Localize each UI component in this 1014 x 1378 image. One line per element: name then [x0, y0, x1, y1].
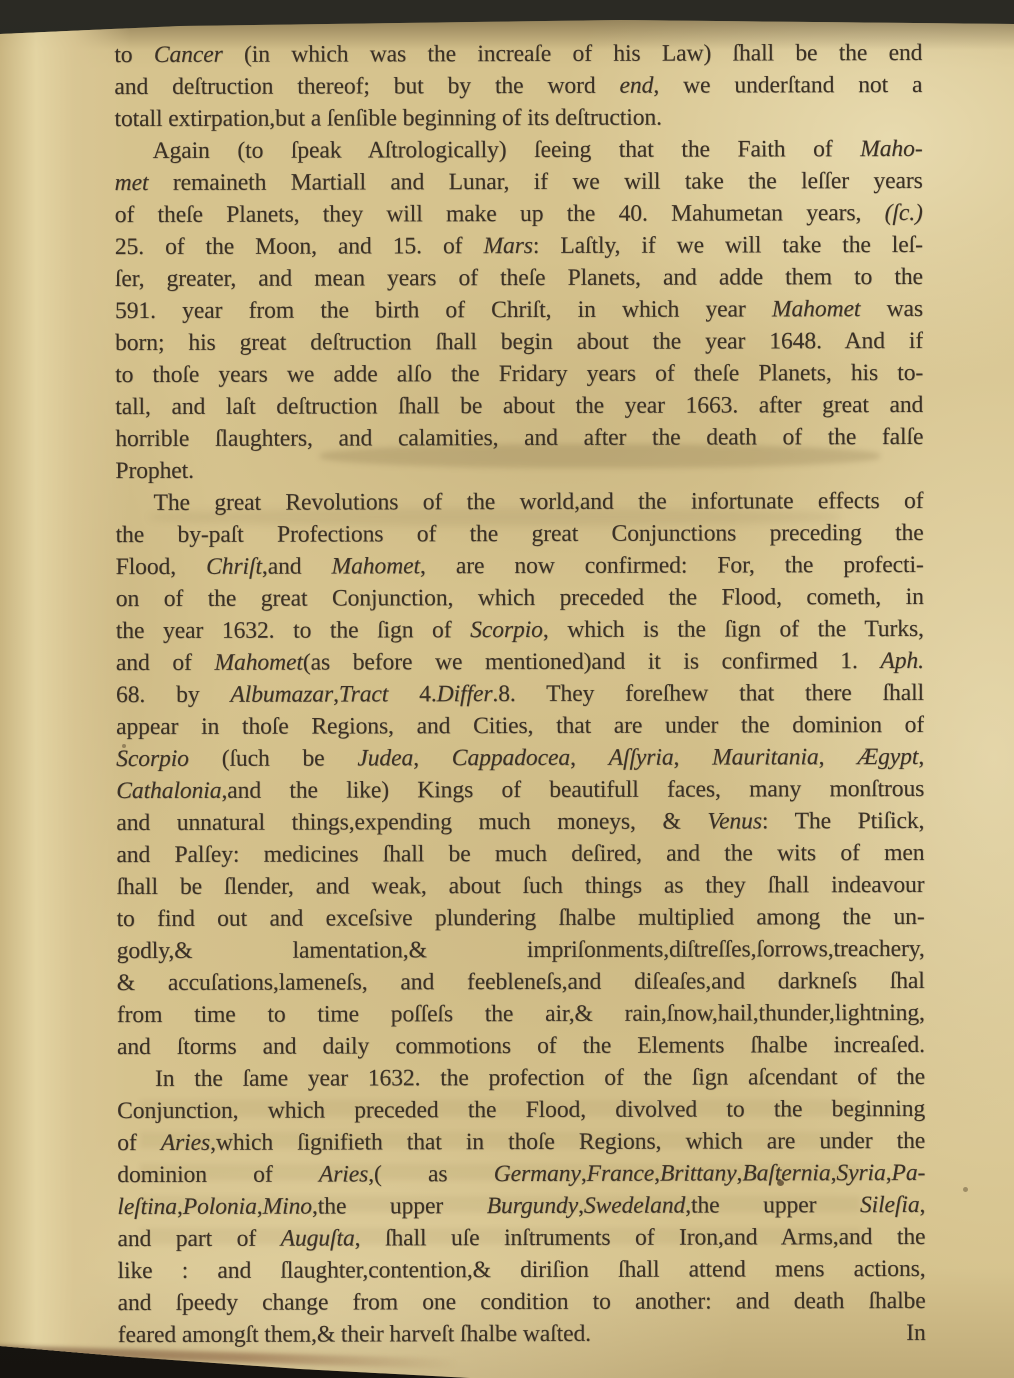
text-line: leſtina,Polonia,Mino,the upper Burgundy,…: [117, 1189, 925, 1223]
text-line: and unnatural things,expending much mone…: [116, 805, 924, 839]
italic-text-run: Aries: [319, 1161, 368, 1187]
italic-text-run: Venus: [707, 808, 762, 834]
text-line: and of Mahomet(as before we mentioned)an…: [116, 645, 924, 679]
text-run: : Laſtly, if we will take the leſ-: [533, 232, 923, 259]
text-run: , we underſtand not a: [653, 72, 922, 99]
text-run: and ſpeedy change from one condition to …: [118, 1288, 926, 1316]
text-run: ,the upper: [312, 1193, 487, 1219]
text-run: to thoſe years we adde alſo the Fridary …: [115, 360, 923, 388]
italic-text-run: Pa-: [891, 1160, 925, 1186]
text-line: 591. year from the birth of Chriſt, in w…: [115, 293, 923, 327]
text-run: of theſe Planets, they will make up the …: [115, 200, 885, 228]
text-line: and part of Auguſta, ſhall uſe inſtrumen…: [117, 1221, 925, 1255]
text-line: Infeared amongſt them,& their harveſt ſh…: [118, 1317, 926, 1351]
text-line: Again (to ſpeak Aſtrologically) ſeeing t…: [115, 133, 923, 167]
text-run: , ſhall uſe inſtruments of Iron,and Arms…: [355, 1224, 926, 1251]
italic-text-run: Swedeland: [584, 1193, 685, 1219]
italic-text-run: leſtina: [117, 1194, 177, 1220]
text-line: horrible ſlaughters, and calamities, and…: [115, 421, 923, 455]
italic-text-run: Mahomet: [214, 650, 302, 676]
italic-text-run: Differ: [437, 681, 493, 707]
text-run: born; his great deſtruction ſhall begin …: [115, 328, 923, 356]
text-line: ſer, greater, and mean years of theſe Pl…: [115, 261, 923, 295]
text-run: and Palſey: medicines ſhall be much deſi…: [116, 840, 924, 868]
text-block: to Cancer (in which was the increaſe of …: [114, 37, 925, 1351]
italic-text-run: Auguſta: [281, 1225, 355, 1251]
text-run: 4.: [388, 681, 436, 707]
text-run: appear in thoſe Regions, and Cities, tha…: [116, 712, 924, 740]
text-line: on of the great Conjunction, which prece…: [116, 581, 924, 615]
italic-text-run: Polonia: [183, 1194, 257, 1220]
text-line: Conjunction, which preceded the Flood, d…: [117, 1093, 925, 1127]
italic-text-run: Ægypt: [857, 744, 918, 770]
text-run: ,: [919, 1192, 925, 1218]
text-line: & accuſations,lameneſs, and feebleneſs,a…: [117, 965, 925, 999]
text-line: Cathalonia,and the like) Kings of beauti…: [116, 773, 924, 807]
paper: to Cancer (in which was the increaſe of …: [0, 0, 1014, 1378]
italic-text-run: Burgundy: [487, 1193, 578, 1219]
text-run: and unnatural things,expending much mone…: [116, 809, 707, 837]
text-run: the year 1632. to the ſign of: [116, 617, 470, 644]
text-line: of Aries,which ſignifieth that in thoſe …: [117, 1125, 925, 1159]
text-line: to Cancer (in which was the increaſe of …: [114, 37, 922, 71]
text-run: ſhall be ſlender, and weak, about ſuch t…: [116, 872, 924, 900]
text-run: .8. They foreſhew that there ſhall: [492, 680, 924, 707]
text-run: Again (to ſpeak Aſtrologically) ſeeing t…: [153, 136, 861, 164]
text-run: dominion of: [117, 1162, 319, 1189]
text-run: the by-paſt Profections of the great Con…: [116, 520, 924, 548]
text-line: to find out and exceſsive plundering ſha…: [117, 901, 925, 935]
text-line: The great Revolutions of the world,and t…: [115, 485, 923, 519]
text-line: the year 1632. to the ſign of Scorpio, w…: [116, 613, 924, 647]
text-run: Conjunction, which preceded the Flood, d…: [117, 1096, 925, 1124]
text-run: (ſuch be: [189, 745, 358, 771]
italic-text-run: Tract: [339, 681, 388, 707]
italic-text-run: Cathalonia: [116, 778, 221, 804]
ink-speck: [963, 1187, 968, 1192]
text-run: Flood,: [116, 554, 207, 580]
italic-text-run: Cappadocea: [452, 745, 570, 771]
text-line: tall, and laſt deſtruction ſhall be abou…: [115, 389, 923, 423]
italic-text-run: Mahomet: [772, 296, 860, 322]
text-line: of theſe Planets, they will make up the …: [115, 197, 923, 231]
text-run: feared amongſt them,& their harveſt ſhal…: [118, 1321, 591, 1348]
italic-text-run: met: [115, 170, 149, 196]
text-line: from time to time poſſeſs the air,& rain…: [117, 997, 925, 1031]
text-line: ſhall be ſlender, and weak, about ſuch t…: [116, 869, 924, 903]
text-line: Scorpio (ſuch be Judea, Cappadocea, Aſſy…: [116, 741, 924, 775]
text-line: and ſpeedy change from one condition to …: [118, 1285, 926, 1319]
text-run: tall, and laſt deſtruction ſhall be abou…: [115, 392, 923, 420]
text-line: dominion of Aries,( as Germany,France,Br…: [117, 1157, 925, 1191]
text-run: & accuſations,lameneſs, and feebleneſs,a…: [117, 968, 925, 996]
text-line: In the ſame year 1632. the profection of…: [117, 1061, 925, 1095]
text-run: and ſtorms and daily commotions of the E…: [117, 1032, 925, 1060]
italic-text-run: Albumazar: [230, 681, 333, 707]
text-run: ,: [413, 745, 452, 771]
text-run: ,: [570, 745, 609, 771]
text-line: the by-paſt Profections of the great Con…: [116, 517, 924, 551]
text-run: 68. by: [116, 682, 230, 708]
italic-text-run: end: [619, 73, 653, 99]
text-line: Flood, Chriſt,and Mahomet, are now confi…: [116, 549, 924, 583]
text-run: , are now confirmed: For, the profecti-: [420, 552, 924, 579]
text-line: like : and ſlaughter,contention,& diriſi…: [117, 1253, 925, 1287]
text-line: 68. by Albumazar,Tract 4.Differ.8. They …: [116, 677, 924, 711]
text-line: Prophet.: [115, 453, 923, 487]
scanned-book-page: to Cancer (in which was the increaſe of …: [0, 0, 1014, 1378]
text-run: like : and ſlaughter,contention,& diriſi…: [117, 1256, 925, 1284]
italic-text-run: Syria: [836, 1160, 885, 1186]
text-run: , which is the ſign of the Turks,: [543, 616, 924, 643]
text-line: born; his great deſtruction ſhall begin …: [115, 325, 923, 359]
text-line: totall extirpation,but a ſenſible beginn…: [114, 101, 922, 135]
italic-text-run: Cancer: [154, 42, 223, 68]
text-line: and Palſey: medicines ſhall be much deſi…: [116, 837, 924, 871]
text-run: remaineth Martiall and Lunar, if we will…: [148, 168, 922, 196]
text-run: : The Ptiſick,: [762, 808, 925, 834]
italic-text-run: Sileſia: [860, 1192, 920, 1218]
text-run: and of: [116, 650, 215, 676]
text-run: ,: [918, 744, 924, 770]
text-line: met remaineth Martiall and Lunar, if we …: [115, 165, 923, 199]
text-run: (in which was the increaſe of his Law) ſ…: [223, 40, 923, 68]
text-run: godly,& lamentation,& impriſonments,diſt…: [117, 936, 925, 964]
text-run: was: [860, 296, 923, 322]
text-run: ,( as: [368, 1161, 494, 1187]
text-run: (as before we mentioned)and it is confir…: [303, 648, 881, 676]
text-run: Prophet.: [115, 458, 194, 484]
italic-text-run: (ſc.): [885, 200, 923, 226]
text-run: ,the upper: [685, 1192, 860, 1218]
text-run: ,and: [262, 553, 332, 579]
text-run: totall extirpation,but a ſenſible beginn…: [114, 105, 661, 132]
italic-text-run: Aſſyria: [609, 745, 674, 771]
text-line: godly,& lamentation,& impriſonments,diſt…: [117, 933, 925, 967]
italic-text-run: Mars: [483, 233, 532, 259]
italic-text-run: Maho-: [860, 136, 922, 162]
text-run: ſer, greater, and mean years of theſe Pl…: [115, 264, 923, 292]
text-run: ,: [819, 744, 858, 770]
paper-left-deckle-edge: [0, 0, 132, 1378]
italic-text-run: Scorpio: [470, 617, 543, 643]
text-run: and deſtruction thereof; but by the word: [114, 73, 619, 100]
italic-text-run: Mauritania: [712, 744, 819, 770]
text-run: from time to time poſſeſs the air,& rain…: [117, 1000, 925, 1028]
text-line: and ſtorms and daily commotions of the E…: [117, 1029, 925, 1063]
text-run: The great Revolutions of the world,and t…: [153, 488, 923, 516]
text-run: on of the great Conjunction, which prece…: [116, 584, 924, 612]
italic-text-run: Brittany: [660, 1160, 737, 1186]
text-run: horrible ſlaughters, and calamities, and…: [115, 424, 923, 452]
italic-text-run: Chriſt: [206, 554, 262, 580]
italic-text-run: Baſternia: [742, 1160, 830, 1186]
text-run: to find out and exceſsive plundering ſha…: [117, 904, 925, 932]
text-run: to: [114, 42, 154, 68]
italic-text-run: Aph.: [880, 648, 924, 674]
text-line: to thoſe years we adde alſo the Fridary …: [115, 357, 923, 391]
text-run: of: [117, 1130, 161, 1156]
italic-text-run: Judea: [357, 745, 413, 771]
italic-text-run: Scorpio: [116, 746, 189, 772]
italic-text-run: Germany: [494, 1161, 581, 1187]
text-run: In the ſame year 1632. the profection of…: [155, 1064, 925, 1092]
text-line: appear in thoſe Regions, and Cities, tha…: [116, 709, 924, 743]
text-run: 25. of the Moon, and 15. of: [115, 233, 484, 260]
text-run: ,: [673, 744, 712, 770]
text-run: ,and the like) Kings of beautifull faces…: [221, 776, 924, 804]
italic-text-run: Mahomet: [331, 553, 419, 579]
text-run: and part of: [117, 1226, 280, 1252]
italic-text-run: France: [587, 1161, 655, 1187]
text-line: and deſtruction thereof; but by the word…: [114, 69, 922, 103]
text-run: ,which ſignifieth that in thoſe Regions,…: [210, 1128, 925, 1156]
text-line: 25. of the Moon, and 15. of Mars: Laſtly…: [115, 229, 923, 263]
italic-text-run: Mino: [263, 1194, 312, 1220]
text-run: 591. year from the birth of Chriſt, in w…: [115, 296, 772, 324]
catchword: In: [906, 1317, 926, 1349]
italic-text-run: Aries: [161, 1130, 210, 1156]
